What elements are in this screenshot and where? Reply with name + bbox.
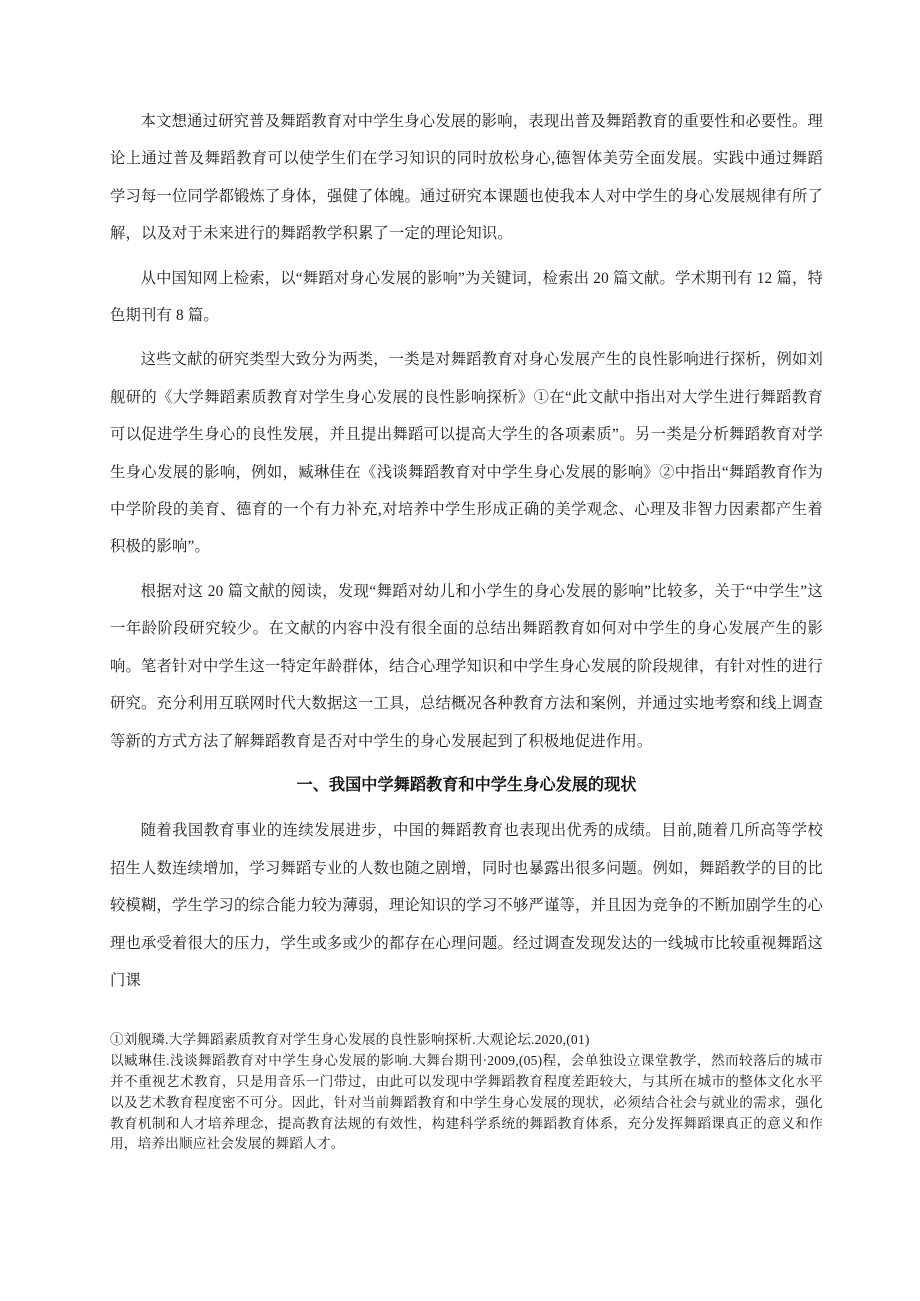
paragraph-literature-types: 这些文献的研究类型大致分为两类，一类是对舞蹈教育对身心发展产生的良性影响进行探析… [110, 341, 823, 565]
paragraph-literature-search: 从中国知网上检索，以“舞蹈对身心发展的影响”为关键词，检索出 20 篇文献。学术… [110, 260, 823, 335]
footnote-1: ①刘舰璘.大学舞蹈素质教育对学生身心发展的良性影响探析.大观论坛.2020,(0… [110, 1030, 823, 1051]
paragraph-research-gap: 根据对这 20 篇文献的阅读，发现“舞蹈对幼儿和小学生的身心发展的影响”比较多，… [110, 573, 823, 760]
footnote-2: 以臧琳佳.浅谈舞蹈教育对中学生身心发展的影响.大舞台期刊·2009,(05)程，… [110, 1051, 823, 1155]
paragraph-intro: 本文想通过研究普及舞蹈教育对中学生身心发展的影响，表现出普及舞蹈教育的重要性和必… [110, 103, 823, 253]
paragraph-current-status: 随着我国教育事业的连续发展进步，中国的舞蹈教育也表现出优秀的成绩。目前,随着几所… [110, 812, 823, 999]
document-body: 本文想通过研究普及舞蹈教育对中学生身心发展的影响，表现出普及舞蹈教育的重要性和必… [110, 103, 823, 999]
section-heading: 一、我国中学舞蹈教育和中学生身心发展的现状 [110, 767, 823, 804]
footnotes-section: ①刘舰璘.大学舞蹈素质教育对学生身心发展的良性影响探析.大观论坛.2020,(0… [110, 1030, 823, 1155]
document-page: 本文想通过研究普及舞蹈教育对中学生身心发展的影响，表现出普及舞蹈教育的重要性和必… [110, 103, 823, 1155]
